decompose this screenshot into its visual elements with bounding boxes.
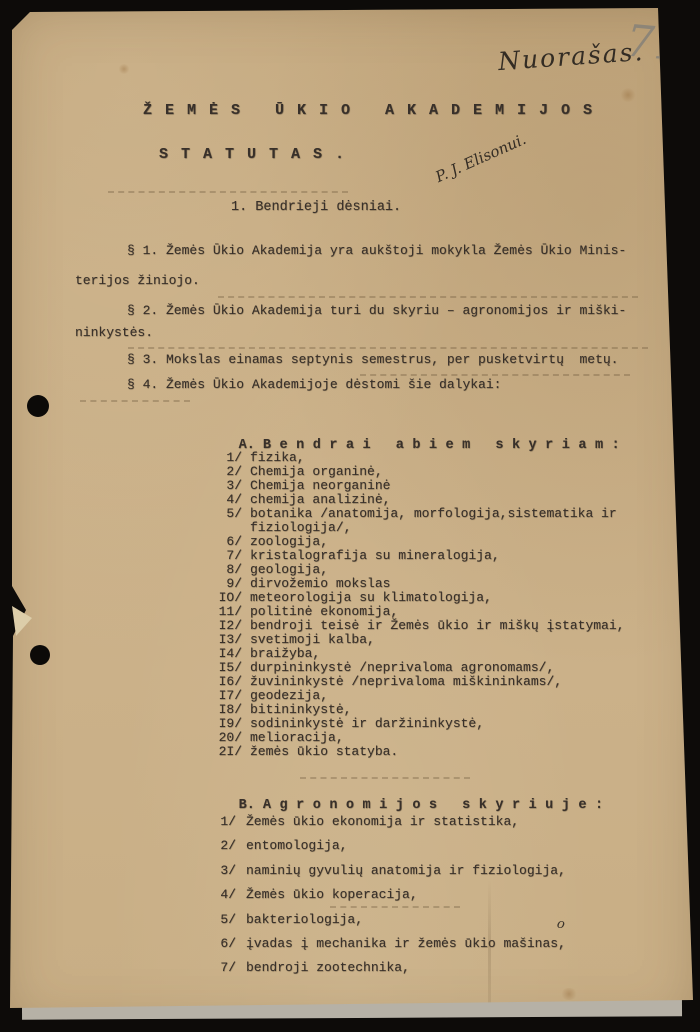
list-item: IO/meteorologija su klimatologija, — [206, 591, 666, 605]
list-item: I9/sodininkystė ir daržininkystė, — [206, 717, 666, 731]
item-number: 11/ — [206, 605, 242, 619]
item-text: Chemija neorganinė — [250, 478, 390, 493]
item-number: 9/ — [206, 577, 242, 591]
paragraph-2-line2: ninkystės. — [75, 325, 153, 340]
list-item: I8/bitininkystė, — [206, 703, 666, 717]
item-text: kristalografija su mineralogija, — [250, 548, 500, 563]
item-text: botanika /anatomija, morfologija,sistema… — [250, 506, 617, 521]
item-number: 1/ — [206, 451, 242, 465]
item-text: braižyba, — [250, 646, 320, 661]
item-number: 7/ — [206, 549, 242, 563]
scanned-document: Nuorašas. P. J. Elisonui. 71 ŽEMĖS ŪKIO … — [0, 0, 700, 1032]
item-number: 2I/ — [206, 745, 242, 759]
item-text: Žemės ūkio koperacija, — [246, 887, 418, 902]
list-item: I5/durpininkystė /neprivaloma agronomams… — [206, 661, 666, 675]
item-text: politinė ekonomija, — [250, 604, 398, 619]
bleed-through-mark — [330, 906, 460, 908]
item-number: 3/ — [216, 859, 236, 883]
list-item: I6/žuvininkystė /neprivaloma miškininkam… — [206, 675, 666, 689]
list-item: 7/kristalografija su mineralogija, — [206, 549, 666, 563]
list-item: 5/botanika /anatomija, morfologija,siste… — [206, 507, 666, 521]
item-text: zoologija, — [250, 534, 328, 549]
item-text: melioracija, — [250, 730, 344, 745]
item-number: I7/ — [206, 689, 242, 703]
item-text: durpininkystė /neprivaloma agronomams/, — [250, 660, 554, 675]
punch-hole-bottom — [30, 645, 50, 665]
item-text: svetimoji kalba, — [250, 632, 375, 647]
paragraph-1-line1: § 1. Žemės Ūkio Akademija yra aukštoji m… — [127, 243, 626, 258]
foxing-spot — [560, 988, 578, 1000]
subject-list-b: 1/Žemės ūkio ekonomija ir statistika, 2/… — [216, 810, 676, 981]
list-item: 5/bakteriologija, — [216, 908, 676, 932]
list-item: I7/geodezija, — [206, 689, 666, 703]
paragraph-4: § 4. Žemės Ūkio Akademijoje dėstomi šie … — [127, 377, 501, 392]
item-text: įvadas į mechanika ir žemės ūkio mašinas… — [246, 936, 566, 951]
item-number: 4/ — [206, 493, 242, 507]
item-number: 3/ — [206, 479, 242, 493]
list-item-wrap: fiziologija/, — [206, 521, 666, 535]
list-item: 9/dirvožemio mokslas — [206, 577, 666, 591]
item-number: 5/ — [216, 908, 236, 932]
item-text: chemija analizinė, — [250, 492, 390, 507]
list-item: 4/Žemės ūkio koperacija, — [216, 883, 676, 907]
item-number: 6/ — [206, 535, 242, 549]
list-item: I3/svetimoji kalba, — [206, 633, 666, 647]
list-item: 2I/žemės ūkio statyba. — [206, 745, 666, 759]
list-item: 1/Žemės ūkio ekonomija ir statistika, — [216, 810, 676, 834]
pencil-page-number: 71 — [624, 16, 684, 72]
chapter-heading: 1. Bendrieji dėsniai. — [231, 200, 401, 215]
item-number: I2/ — [206, 619, 242, 633]
document-page: Nuorašas. P. J. Elisonui. 71 ŽEMĖS ŪKIO … — [0, 0, 700, 1032]
item-number: I4/ — [206, 647, 242, 661]
bleed-through-mark — [218, 296, 638, 298]
list-item: 3/Chemija neorganinė — [206, 479, 666, 493]
item-number: I6/ — [206, 675, 242, 689]
list-item: 2/Chemija organinė, — [206, 465, 666, 479]
item-number: 5/ — [206, 507, 242, 521]
item-number: 6/ — [216, 932, 236, 956]
paragraph-3: § 3. Mokslas einamas septynis semestrus,… — [127, 352, 618, 367]
subject-list-a: 1/fizika, 2/Chemija organinė, 3/Chemija … — [206, 451, 666, 759]
list-item: 1/fizika, — [206, 451, 666, 465]
punch-hole-top — [27, 395, 49, 417]
item-number: 8/ — [206, 563, 242, 577]
item-number: IO/ — [206, 591, 242, 605]
list-item: 20/melioracija, — [206, 731, 666, 745]
item-number: 2/ — [216, 834, 236, 858]
item-text: meteorologija su klimatologija, — [250, 590, 492, 605]
list-item: 11/politinė ekonomija, — [206, 605, 666, 619]
list-item: 6/zoologija, — [206, 535, 666, 549]
foxing-spot — [118, 64, 130, 74]
item-text: naminių gyvulių anatomija ir fiziologija… — [246, 863, 566, 878]
item-number: 7/ — [216, 956, 236, 980]
item-text: Žemės ūkio ekonomija ir statistika, — [246, 814, 519, 829]
item-text: geologija, — [250, 562, 328, 577]
item-text: Chemija organinė, — [250, 464, 383, 479]
bleed-through-mark — [360, 374, 630, 376]
foxing-spot — [620, 88, 636, 102]
document-title-line1: ŽEMĖS ŪKIO AKADEMIJOS — [143, 102, 605, 119]
list-item: 6/įvadas į mechanika ir žemės ūkio mašin… — [216, 932, 676, 956]
item-number: I8/ — [206, 703, 242, 717]
list-item: 3/naminių gyvulių anatomija ir fiziologi… — [216, 859, 676, 883]
list-item: I2/bendroji teisė ir Žemės ūkio ir miškų… — [206, 619, 666, 633]
item-text: žemės ūkio statyba. — [250, 744, 398, 759]
item-text: bendroji zootechnika, — [246, 960, 410, 975]
handwritten-copy-note: Nuorašas. — [497, 37, 645, 76]
list-item: I4/braižyba, — [206, 647, 666, 661]
paragraph-2-line1: § 2. Žemės Ūkio Akademija turi du skyriu… — [127, 303, 626, 318]
item-text: geodezija, — [250, 688, 328, 703]
handwritten-signature: P. J. Elisonui. — [433, 130, 529, 186]
bleed-through-mark — [80, 400, 190, 402]
item-text: fizika, — [250, 450, 305, 465]
list-item: 2/entomologija, — [216, 834, 676, 858]
item-number: I3/ — [206, 633, 242, 647]
item-number: 1/ — [216, 810, 236, 834]
item-text: žuvininkystė /neprivaloma miškininkams/, — [250, 674, 562, 689]
list-item: 7/bendroji zootechnika, — [216, 956, 676, 980]
paragraph-1-line2: terijos žiniojo. — [75, 273, 200, 288]
bleed-through-mark — [300, 777, 470, 779]
paper-crease — [488, 880, 491, 1008]
item-text: bakteriologija, — [246, 912, 363, 927]
item-text: bitininkystė, — [250, 702, 351, 717]
document-title-line2: STATUTAS. — [159, 146, 357, 163]
item-number: 20/ — [206, 731, 242, 745]
item-text: bendroji teisė ir Žemės ūkio ir miškų įs… — [250, 618, 624, 633]
item-text: fiziologija/, — [250, 520, 351, 535]
item-text: entomologija, — [246, 838, 347, 853]
item-number: 4/ — [216, 883, 236, 907]
item-number: 2/ — [206, 465, 242, 479]
bleed-through-mark — [128, 347, 648, 349]
item-text: sodininkystė ir daržininkystė, — [250, 716, 484, 731]
bleed-through-mark — [108, 191, 348, 193]
list-item: 4/chemija analizinė, — [206, 493, 666, 507]
item-number: I5/ — [206, 661, 242, 675]
item-text: dirvožemio mokslas — [250, 576, 390, 591]
list-item: 8/geologija, — [206, 563, 666, 577]
item-number: I9/ — [206, 717, 242, 731]
